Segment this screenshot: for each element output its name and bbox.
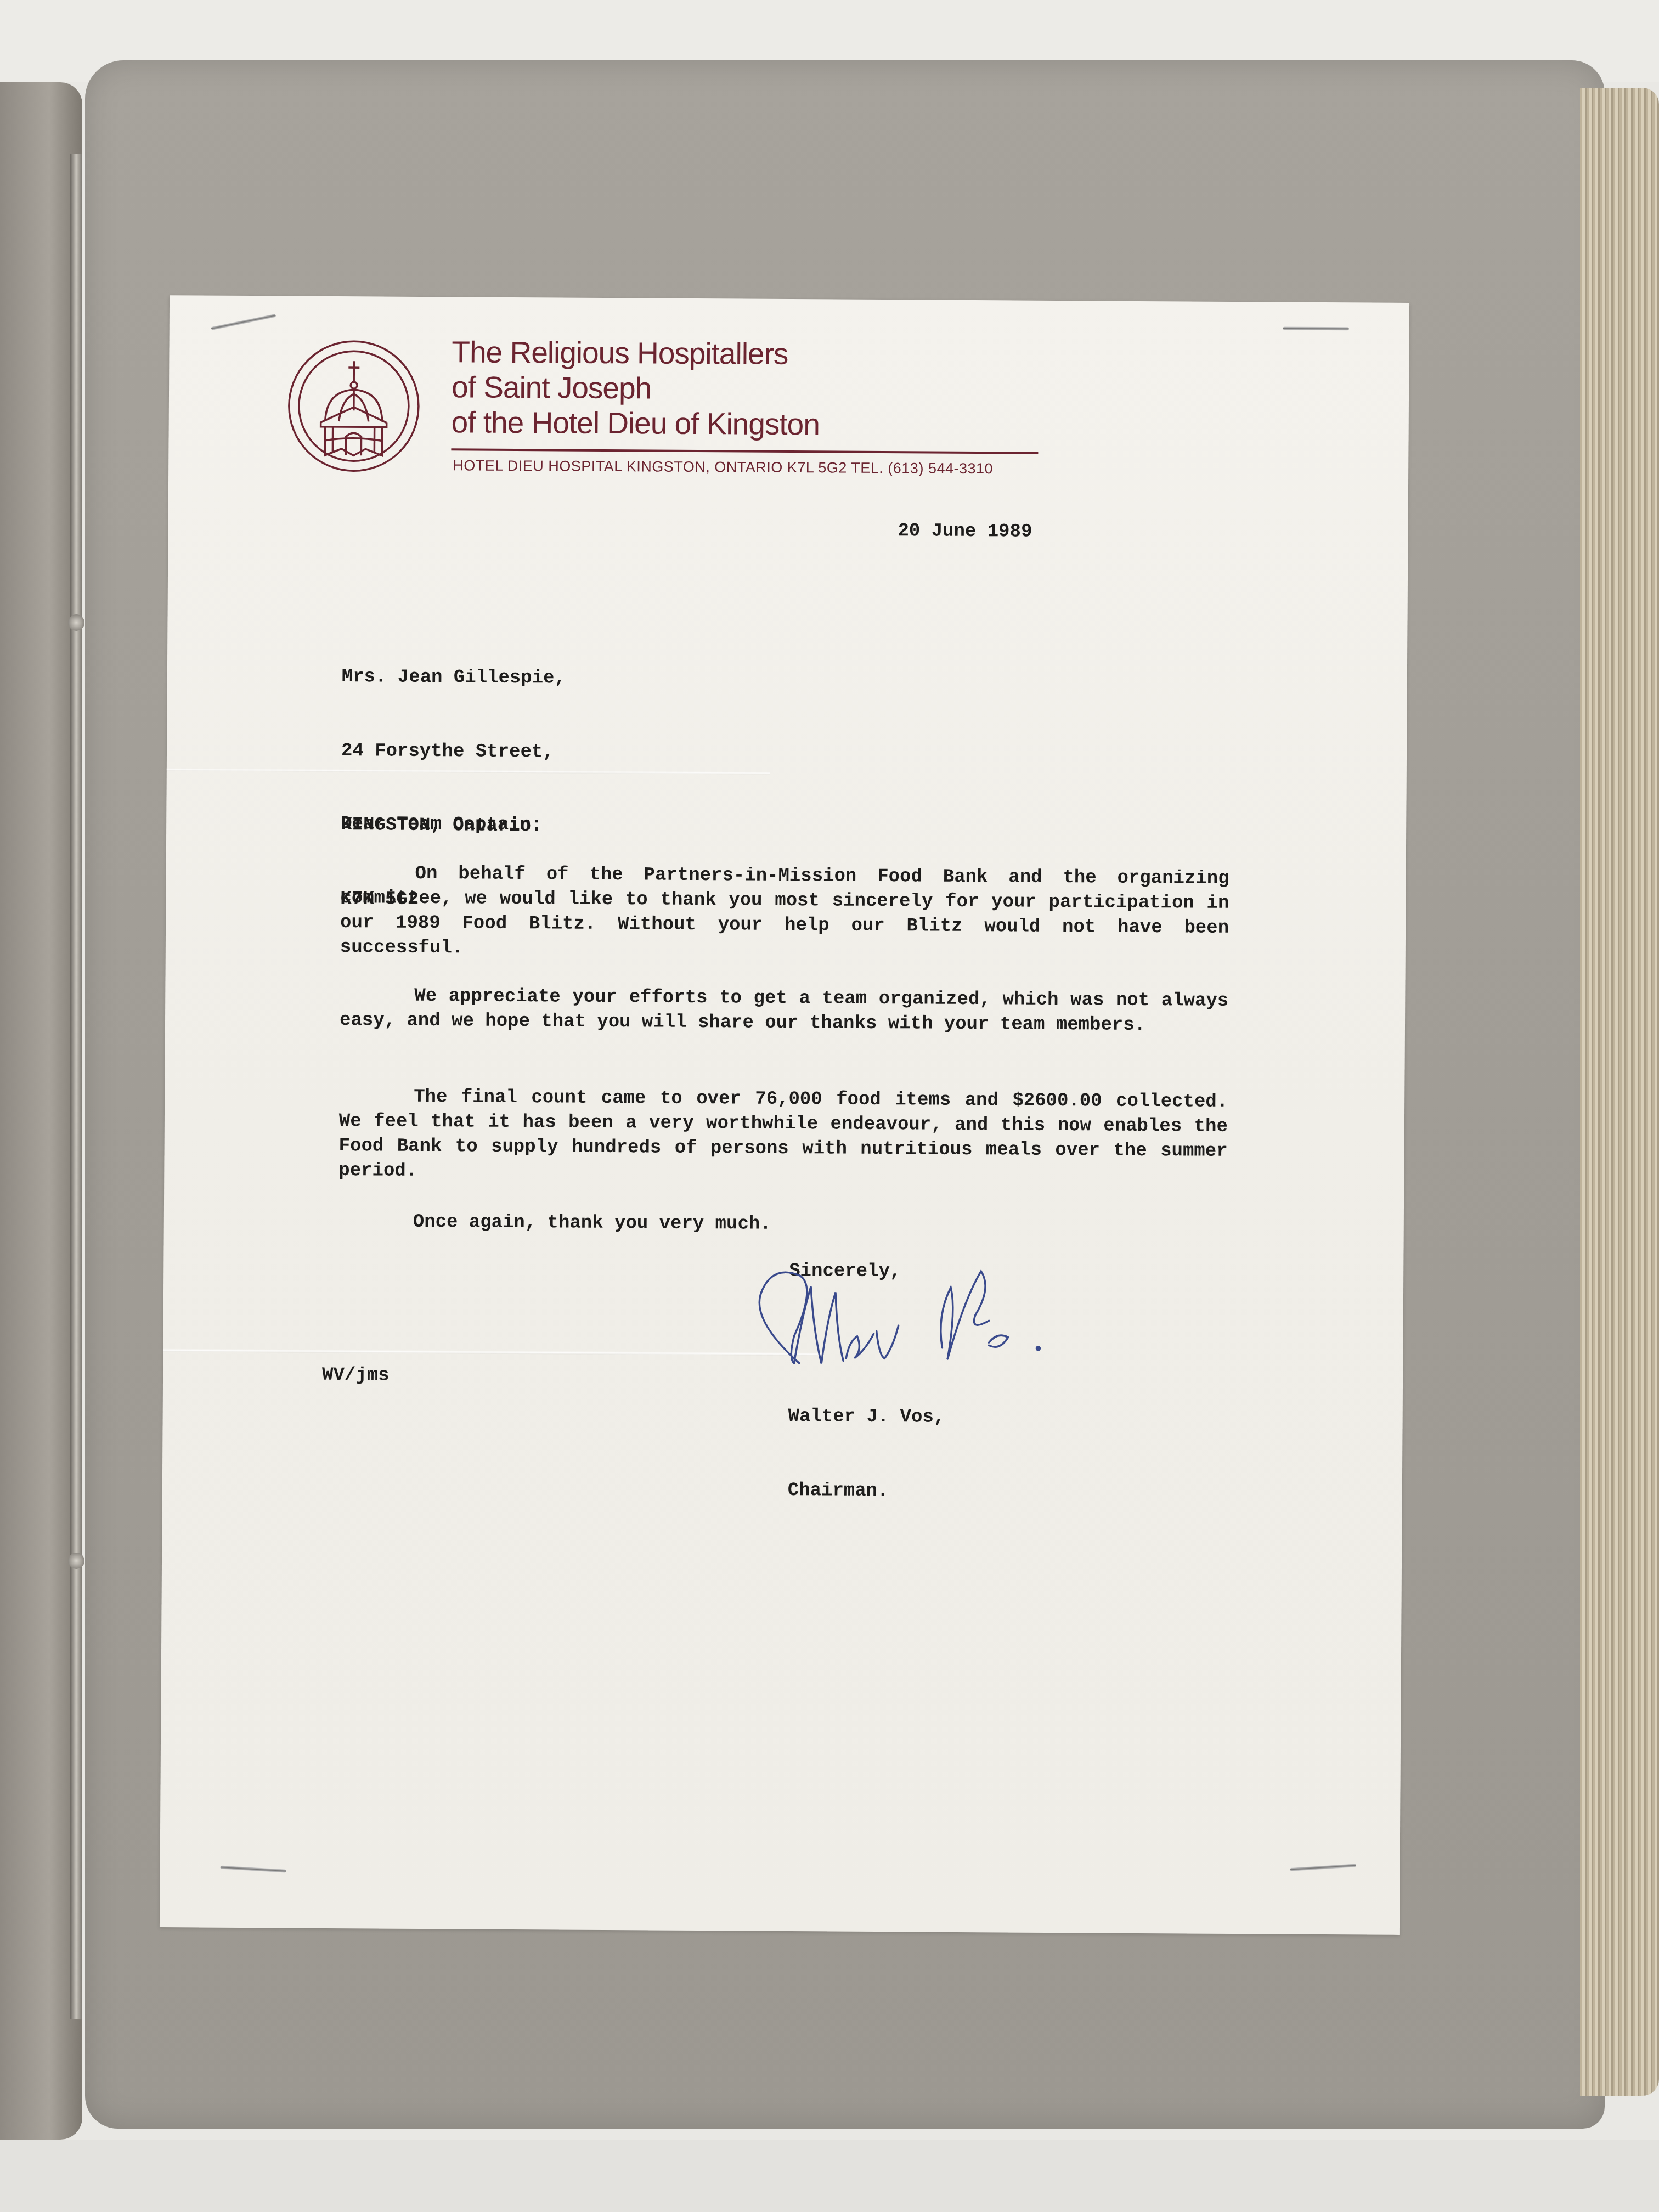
paragraph-text: Once again, thank you very much. [338,1210,1227,1240]
signer-name: Walter J. Vos, [788,1404,945,1430]
church-dome-cross-icon [286,338,421,473]
organization-name: The Religious Hospitallers of Saint Jose… [452,334,820,442]
org-line: of the Hotel Dieu of Kingston [452,404,820,442]
staple [221,1866,286,1873]
table-surface [0,2140,1659,2212]
paragraph-text: The final count came to over 76,000 food… [338,1085,1228,1189]
org-line: of Saint Joseph [452,369,820,407]
paper-fold [163,1348,821,1356]
body-paragraph: Once again, thank you very much. [338,1210,1227,1240]
signer-title: Chairman. [788,1479,945,1504]
staple [1290,1864,1356,1871]
letter-sheet: The Religious Hospitallers of Saint Jose… [160,295,1409,1935]
signer-block: Walter J. Vos, Chairman. [787,1355,945,1554]
staple [211,314,276,330]
address-line: 24 Forsythe Street, [341,739,565,765]
letter-date: 20 June 1989 [898,519,1032,544]
letterhead-divider [451,448,1038,454]
binding-ring [68,614,84,631]
paragraph-text: On behalf of the Partners-in-Mission Foo… [340,861,1229,966]
album-binding [70,154,82,2019]
body-paragraph: We appreciate your efforts to get a team… [340,984,1229,1039]
address-line: Mrs. Jean Gillespie, [342,665,566,691]
body-paragraph: On behalf of the Partners-in-Mission Foo… [340,861,1229,966]
paragraph-text: We appreciate your efforts to get a team… [340,984,1229,1039]
salutation: Dear Team Captain: [341,812,543,838]
album-page-stack [1580,88,1659,2096]
org-line: The Religious Hospitallers [452,334,820,371]
reference-initials: WV/jms [322,1363,390,1389]
letterhead-address: HOTEL DIEU HOSPITAL KINGSTON, ONTARIO K7… [453,457,993,477]
binding-ring [68,1553,84,1569]
staple [1283,327,1349,331]
body-paragraph: The final count came to over 76,000 food… [338,1085,1228,1189]
